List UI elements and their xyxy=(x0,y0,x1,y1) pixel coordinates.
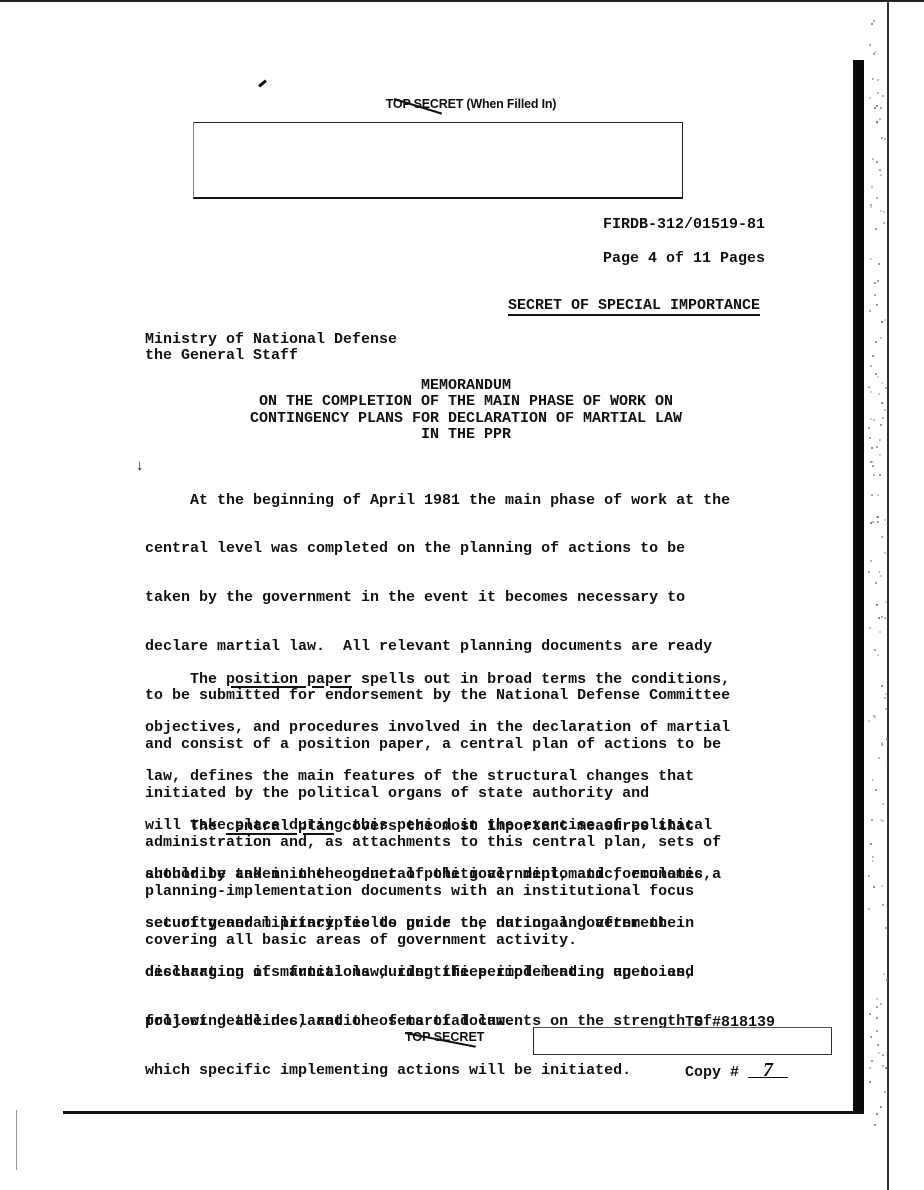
speckle-dot xyxy=(871,23,873,25)
speckle-dot xyxy=(884,519,886,521)
handwritten-copy-number: 7 xyxy=(748,1063,788,1078)
speckle-dot xyxy=(880,575,882,577)
speckle-dot xyxy=(876,1113,878,1115)
speckle-dot xyxy=(871,819,873,821)
speckle-dot xyxy=(875,373,877,375)
speckle-dot xyxy=(882,803,884,805)
speckle-dot xyxy=(875,341,877,343)
paragraph-line: security and military fields prior to, d… xyxy=(145,916,712,932)
paragraph-line: should be taken in the general political… xyxy=(145,867,712,883)
speckle-dot xyxy=(884,1091,886,1093)
paragraph-line: taken by the government in the event it … xyxy=(145,590,730,606)
speckle-dot xyxy=(868,720,870,722)
speckle-dot xyxy=(878,393,880,395)
speckle-dot xyxy=(884,552,886,554)
speckle-dot xyxy=(869,1013,871,1015)
speckle-dot xyxy=(869,1081,871,1083)
speckle-dot xyxy=(879,631,881,633)
speckle-dot xyxy=(882,1065,884,1067)
speckle-dot xyxy=(886,524,888,526)
speckle-dot xyxy=(870,418,872,420)
speckle-dot xyxy=(880,107,882,109)
margin-check-mark: ↓ xyxy=(136,458,144,475)
speckle-dot xyxy=(875,582,877,584)
speckle-dot xyxy=(876,304,878,306)
scan-left-edge xyxy=(16,1110,17,1170)
speckle-dot xyxy=(879,439,881,441)
speckle-dot xyxy=(880,819,882,821)
document-id: FIRDB-312/01519-81 xyxy=(603,216,765,233)
speckle-dot xyxy=(878,757,880,759)
speckle-dot xyxy=(885,708,887,710)
speckle-dot xyxy=(881,742,883,744)
speckle-dot xyxy=(876,446,878,448)
memo-title-line-4: IN THE PPR xyxy=(8,427,924,443)
speckle-dot xyxy=(886,738,888,740)
speckle-dot xyxy=(876,161,878,163)
speckle-dot xyxy=(877,521,879,523)
paragraph-first-line: The position paper spells out in broad t… xyxy=(145,672,730,688)
speckle-dot xyxy=(873,715,875,717)
speckle-dot xyxy=(878,263,880,265)
memo-title: MEMORANDUMON THE COMPLETION OF THE MAIN … xyxy=(0,378,924,443)
speckle-dot xyxy=(884,319,886,321)
speckle-dot xyxy=(876,604,878,606)
speckle-dot xyxy=(880,337,882,339)
speckle-dot xyxy=(881,685,883,687)
speckle-dot xyxy=(881,536,883,538)
speckle-dot xyxy=(868,571,870,573)
speckle-dot xyxy=(871,494,873,496)
speckle-dot xyxy=(882,820,884,822)
top-classification-banner: TOP SECRET (When Filled In) xyxy=(0,97,924,111)
speckle-dot xyxy=(873,53,875,55)
speckle-dot xyxy=(877,79,879,81)
speckle-dot xyxy=(879,454,881,456)
speckle-dot xyxy=(872,78,874,80)
paragraph-line: central level was completed on the plann… xyxy=(145,541,730,557)
scan-edge-shadow xyxy=(853,60,864,1114)
speckle-dot xyxy=(882,417,884,419)
speckle-dot xyxy=(878,571,880,573)
speckle-dot xyxy=(879,474,881,476)
speckle-dot xyxy=(872,355,874,357)
speckle-dot xyxy=(869,437,871,439)
speckle-dot xyxy=(879,169,881,171)
office-line-2: the General Staff xyxy=(145,348,397,364)
speckle-dot xyxy=(884,697,886,699)
speckle-dot xyxy=(885,1067,887,1069)
speckle-dot xyxy=(885,387,887,389)
speckle-dot xyxy=(869,1067,871,1069)
speckle-dot xyxy=(870,522,872,524)
speckle-dot xyxy=(881,616,883,618)
speckle-dot xyxy=(872,465,874,467)
speckle-dot xyxy=(880,424,882,426)
speckle-dot xyxy=(873,419,875,421)
speckle-dot xyxy=(874,282,876,284)
classification-suffix: (When Filled In) xyxy=(463,97,556,111)
page-bottom-rule xyxy=(63,1111,863,1114)
speckle-dot xyxy=(872,779,874,781)
copy-line: Copy # 7 xyxy=(685,1063,788,1081)
memo-title-line-3: CONTINGENCY PLANS FOR DECLARATION OF MAR… xyxy=(8,411,924,427)
speckle-dot xyxy=(874,294,876,296)
speckle-dot xyxy=(870,560,872,562)
stray-pen-mark xyxy=(258,79,267,87)
speckle-dot xyxy=(868,427,870,429)
speckle-dot xyxy=(876,121,878,123)
speckle-dot xyxy=(873,886,875,888)
speckle-dot xyxy=(871,447,873,449)
speckle-dot xyxy=(870,843,872,845)
speckle-dot xyxy=(876,1030,878,1032)
speckle-dot xyxy=(870,365,872,367)
speckle-dot xyxy=(881,382,883,384)
speckle-dot xyxy=(883,973,885,975)
speckle-dot xyxy=(876,105,878,107)
speckle-dot xyxy=(869,44,871,46)
speckle-dot xyxy=(885,693,887,695)
speckle-dot xyxy=(883,211,885,213)
speckle-dot xyxy=(870,204,872,206)
speckle-dot xyxy=(882,95,884,97)
speckle-dot xyxy=(881,885,883,887)
speckle-dot xyxy=(876,516,878,518)
memo-title-line-2: ON THE COMPLETION OF THE MAIN PHASE OF W… xyxy=(8,394,924,410)
speckle-dot xyxy=(869,97,871,99)
struck-classification: TOP SECRET xyxy=(405,1030,484,1044)
speckle-dot xyxy=(872,856,874,858)
speckle-dot xyxy=(878,1052,880,1054)
speckle-dot xyxy=(870,258,872,260)
speckle-dot xyxy=(869,310,871,312)
speckle-dot xyxy=(880,1106,882,1108)
speckle-dot xyxy=(872,461,874,463)
speckle-dot xyxy=(882,1054,884,1056)
speckle-dot xyxy=(877,654,879,656)
paragraph-line: At the beginning of April 1981 the main … xyxy=(145,493,730,509)
speckle-dot xyxy=(876,197,878,199)
speckle-dot xyxy=(879,118,881,120)
office-line-1: Ministry of National Defense xyxy=(145,332,397,348)
speckle-dot xyxy=(873,474,875,476)
paragraph-line: declaration of martial law, identifies i… xyxy=(145,965,712,981)
speckle-dot xyxy=(881,137,883,139)
speckle-dot xyxy=(885,927,887,929)
speckle-dot xyxy=(871,186,873,188)
speckle-dot xyxy=(882,904,884,906)
speckle-dot xyxy=(881,402,883,404)
speckle-dot xyxy=(868,908,870,910)
speckle-dot xyxy=(877,280,879,282)
page-count: Page 4 of 11 Pages xyxy=(603,250,765,267)
speckle-dot xyxy=(872,860,874,862)
speckle-dot xyxy=(875,789,877,791)
speckle-dot xyxy=(876,1006,878,1008)
paragraph-line: objectives, and procedures involved in t… xyxy=(145,720,730,736)
speckle-dot xyxy=(870,461,872,463)
speckle-dot xyxy=(872,158,874,160)
scan-right-edge xyxy=(887,0,889,1190)
speckle-dot xyxy=(874,1124,876,1126)
page-top-edge xyxy=(0,0,924,2)
speckle-dot xyxy=(884,138,886,140)
speckle-dot xyxy=(868,875,870,877)
blank-stamp-box-top xyxy=(193,122,683,199)
speckle-dot xyxy=(877,92,879,94)
speckle-dot xyxy=(869,627,871,629)
memo-title-line-1: MEMORANDUM xyxy=(8,378,924,394)
speckle-dot xyxy=(886,979,888,981)
paragraph-line: law, defines the main features of the st… xyxy=(145,769,730,785)
speckle-dot xyxy=(876,1017,878,1019)
speckle-dot xyxy=(877,494,879,496)
speckle-dot xyxy=(885,601,887,603)
speckle-dot xyxy=(874,649,876,651)
classification-heading: SECRET OF SPECIAL IMPORTANCE xyxy=(508,297,760,316)
speckle-dot xyxy=(884,409,886,411)
speckle-dot xyxy=(878,617,880,619)
speckle-dot xyxy=(874,107,876,109)
speckle-dot xyxy=(872,521,874,523)
speckle-dot xyxy=(884,617,886,619)
speckle-dot xyxy=(868,386,870,388)
speckle-dot xyxy=(870,391,872,393)
speckle-dot xyxy=(873,20,875,22)
speckle-dot xyxy=(881,321,883,323)
speckle-dot xyxy=(877,1044,879,1046)
speckle-dot xyxy=(880,210,882,212)
speckle-dot xyxy=(875,228,877,230)
speckle-dot xyxy=(871,1060,873,1062)
originating-office: Ministry of National Defensethe General … xyxy=(145,332,397,365)
speckle-dot xyxy=(880,174,882,176)
blank-stamp-box-bottom xyxy=(533,1027,832,1055)
speckle-dot xyxy=(874,51,876,53)
paragraph-line: which specific implementing actions will… xyxy=(145,1063,712,1079)
bottom-classification-banner: TOP SECRET xyxy=(405,1030,484,1044)
struck-classification: TOP SECRET xyxy=(386,97,463,111)
paragraph-first-line: The central plan covers the most importa… xyxy=(145,819,712,835)
speckle-dot xyxy=(883,222,885,224)
speckle-dot xyxy=(876,998,878,1000)
speckle-dot xyxy=(886,764,888,766)
underlined-term-central-plan: central plan xyxy=(226,818,334,835)
speckle-dot xyxy=(870,1036,872,1038)
speckle-dot xyxy=(880,1003,882,1005)
speckle-dot xyxy=(877,376,879,378)
underlined-term-position-paper: position paper xyxy=(226,671,352,688)
